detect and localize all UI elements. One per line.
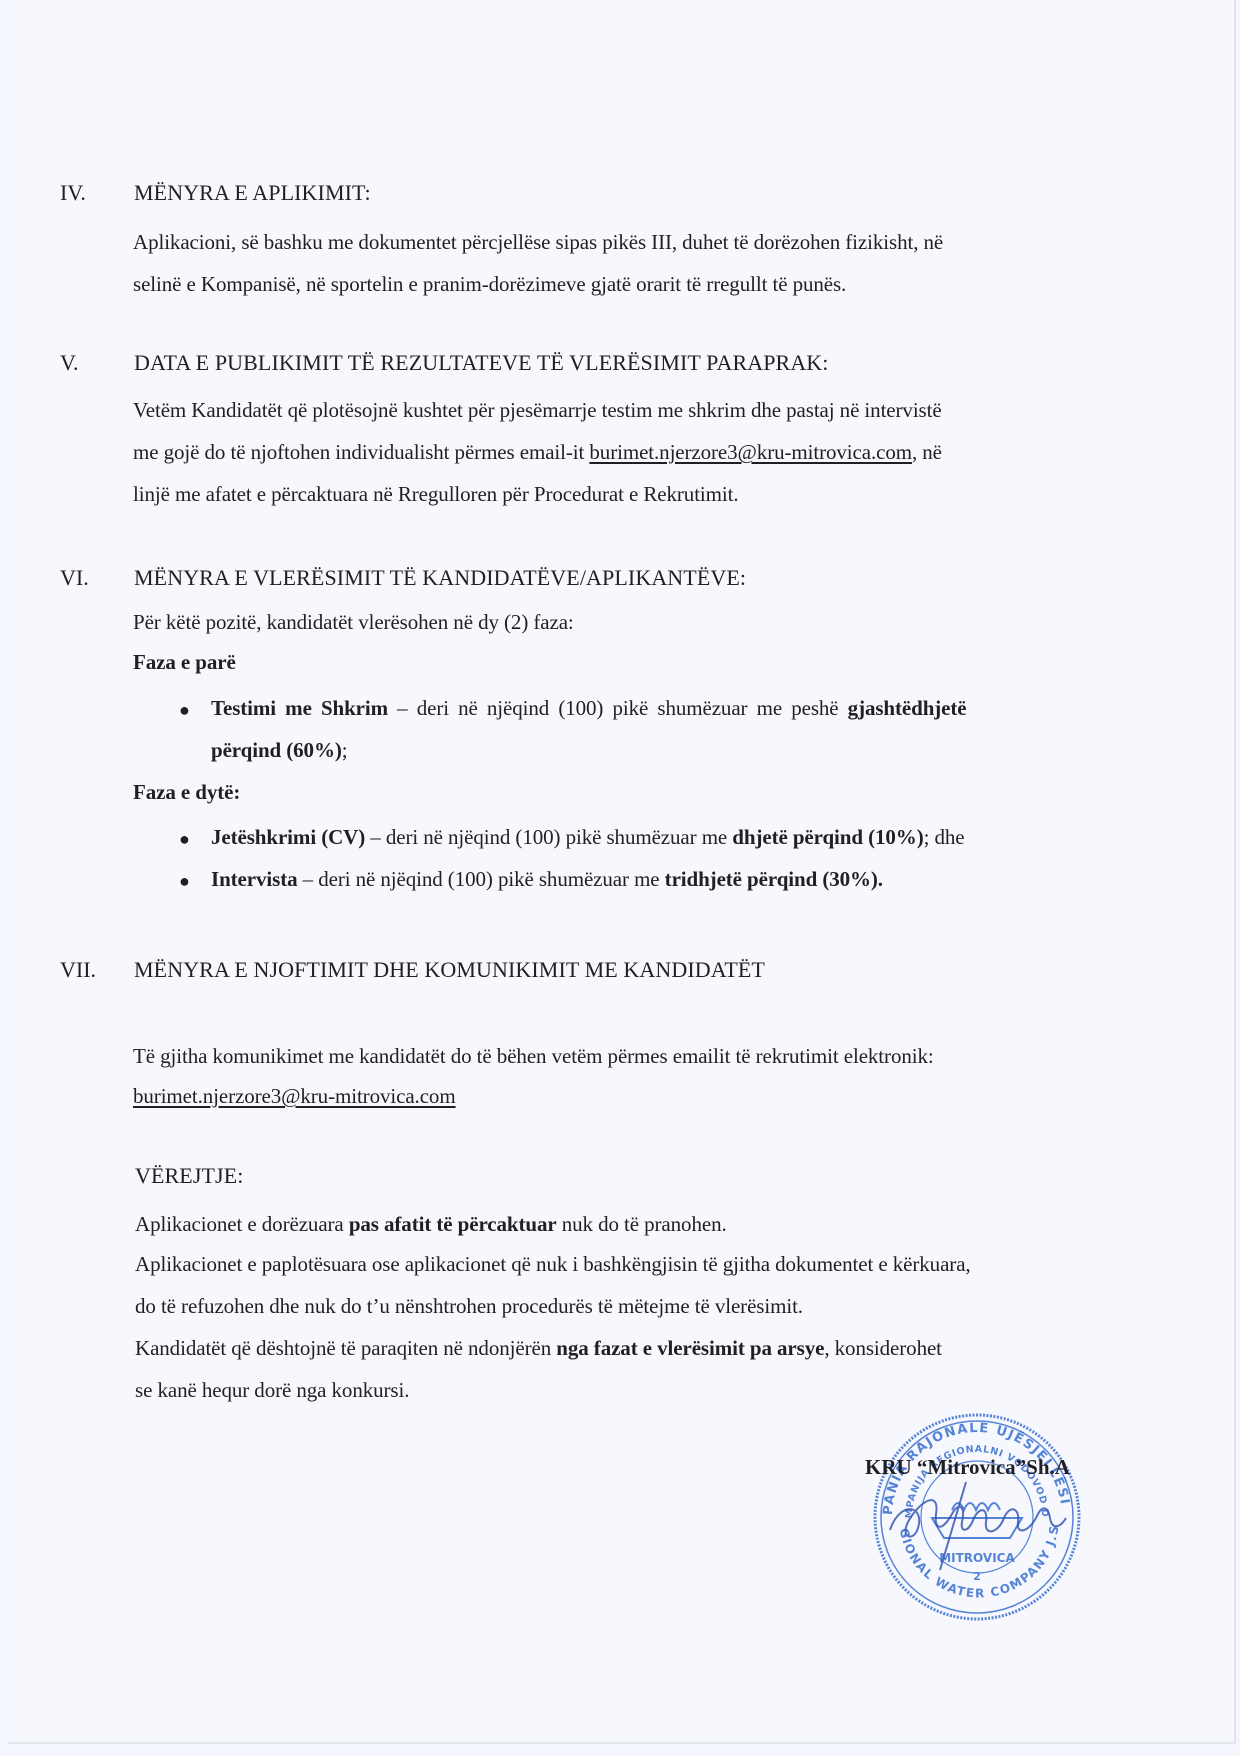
company-signature: KRU “Mitrovica”Sh.A xyxy=(865,1455,1070,1480)
note-3-bold: nga fazat e vlerësimit pa arsye xyxy=(556,1336,824,1360)
written-test-label: Testimi me Shkrim xyxy=(211,696,388,720)
recruitment-email-link[interactable]: burimet.njerzore3@kru-mitrovica.com xyxy=(589,440,912,464)
notes-title: VËREJTJE: xyxy=(135,1163,243,1189)
section-vi-title: MËNYRA E VLERËSIMIT TË KANDIDATËVE/APLIK… xyxy=(134,565,746,591)
section-v-line-2-tail: , në xyxy=(912,440,942,464)
written-test-weight-2: përqind (60%) xyxy=(211,738,342,762)
section-v-line-2-text: me gojë do të njoftohen individualisht p… xyxy=(133,440,589,464)
phase-2-item-2: Intervista – deri në njëqind (100) pikë … xyxy=(211,867,883,892)
note-3-line-1: Kandidatët që dështojnë të paraqiten në … xyxy=(135,1336,942,1361)
bullet-icon: ● xyxy=(179,700,190,720)
phase-1-item-1: ● xyxy=(179,697,190,722)
section-iv-number: IV. xyxy=(60,180,86,206)
section-v-title: DATA E PUBLIKIMIT TË REZULTATEVE TË VLER… xyxy=(134,350,829,376)
section-vi-intro: Për këtë pozitë, kandidatët vlerësohen n… xyxy=(133,610,574,635)
cv-tail: ; dhe xyxy=(924,825,965,849)
interview-weight: tridhjetë përqind (30%). xyxy=(665,867,883,891)
phase-2-label: Faza e dytë: xyxy=(133,780,240,805)
note-1-pre: Aplikacionet e dorëzuara xyxy=(135,1212,349,1236)
bullet-icon: ● xyxy=(179,829,190,849)
section-vii-number: VII. xyxy=(60,957,96,983)
phase-2-item-2-bullet: ● xyxy=(179,868,190,893)
phase-2-item-1: Jetëshkrimi (CV) – deri në njëqind (100)… xyxy=(211,825,965,850)
phase-2-item-1-bullet: ● xyxy=(179,826,190,851)
section-iv-line-2: selinë e Kompanisë, në sportelin e prani… xyxy=(133,272,846,297)
interview-label: Intervista xyxy=(211,867,298,891)
note-1-post: nuk do të pranohen. xyxy=(557,1212,727,1236)
stamp-number: 2 xyxy=(973,1570,981,1583)
document-page: IV. MËNYRA E APLIKIMIT: Aplikacioni, së … xyxy=(8,0,1236,1744)
cv-desc: – deri në njëqind (100) pikë shumëzuar m… xyxy=(365,825,732,849)
section-v-line-3: linjë me afatet e përcaktuara në Rregull… xyxy=(133,482,739,507)
section-vii-line: Të gjitha komunikimet me kandidatët do t… xyxy=(133,1044,934,1069)
section-v-line-1: Vetëm Kandidatët që plotësojnë kushtet p… xyxy=(133,398,942,423)
note-1: Aplikacionet e dorëzuara pas afatit të p… xyxy=(135,1212,727,1237)
phase-1-item-1-text: Testimi me Shkrim – deri në njëqind (100… xyxy=(211,696,967,721)
section-v-line-2: me gojë do të njoftohen individualisht p… xyxy=(133,440,942,465)
section-v-number: V. xyxy=(60,350,79,376)
company-stamp-icon: KOMPANIA RAJONALE UJËSJELLËSI SH.A KOMPA… xyxy=(870,1410,1084,1624)
stamp-city: MITROVICA xyxy=(939,1551,1015,1565)
section-vi-number: VI. xyxy=(60,565,89,591)
note-3-pre: Kandidatët që dështojnë të paraqiten në … xyxy=(135,1336,556,1360)
note-1-bold: pas afatit të përcaktuar xyxy=(349,1212,557,1236)
interview-desc: – deri në njëqind (100) pikë shumëzuar m… xyxy=(298,867,665,891)
cv-label: Jetëshkrimi (CV) xyxy=(211,825,365,849)
written-test-desc: – deri në njëqind (100) pikë shumëzuar m… xyxy=(388,696,848,720)
section-vii-title: MËNYRA E NJOFTIMIT DHE KOMUNIKIMIT ME KA… xyxy=(134,957,765,983)
bullet-icon: ● xyxy=(179,871,190,891)
recruitment-email-link-2[interactable]: burimet.njerzore3@kru-mitrovica.com xyxy=(133,1084,456,1109)
written-test-tail: ; xyxy=(342,738,348,762)
note-3-line-2: se kanë hequr dorë nga konkursi. xyxy=(135,1378,409,1403)
note-2-line-2: do të refuzohen dhe nuk do t’u nënshtroh… xyxy=(135,1294,803,1319)
written-test-weight-1: gjashtëdhjetë xyxy=(848,696,967,720)
cv-weight: dhjetë përqind (10%) xyxy=(732,825,923,849)
note-2-line-1: Aplikacionet e paplotësuara ose aplikaci… xyxy=(135,1252,971,1277)
section-iv-line-1: Aplikacioni, së bashku me dokumentet për… xyxy=(133,230,943,255)
section-iv-title: MËNYRA E APLIKIMIT: xyxy=(134,180,371,206)
note-3-post: , konsiderohet xyxy=(824,1336,942,1360)
phase-1-item-1-cont: përqind (60%); xyxy=(211,738,348,763)
phase-1-label: Faza e parë xyxy=(133,650,236,675)
